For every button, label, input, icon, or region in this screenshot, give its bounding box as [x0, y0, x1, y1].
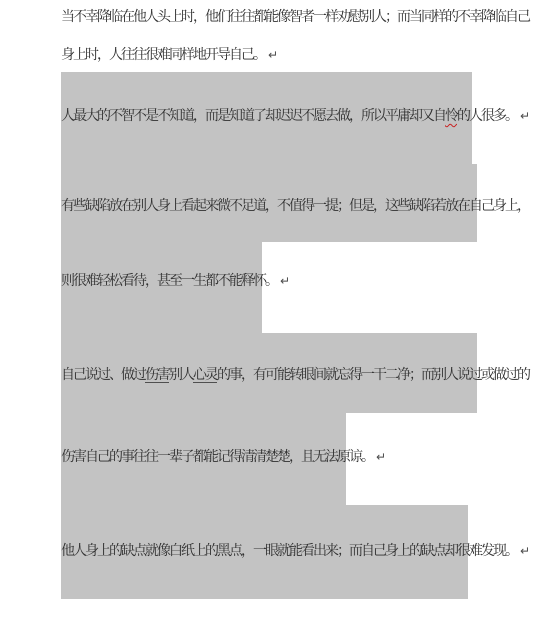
- text-line-6[interactable]: 自己说过、做过伤害别人心灵的事，有可能转眼间就忘得一干二净；而别人说过或做过的: [61, 366, 529, 382]
- underlined-word[interactable]: 心灵: [193, 366, 217, 383]
- return-mark: ↵: [268, 48, 278, 62]
- text-line-8[interactable]: 他人身上的缺点就像白纸上的黑点，一眼就能看出来；而自己身上的缺点却很难发现。↵: [61, 542, 530, 558]
- line-text[interactable]: 的人很多。: [457, 107, 517, 123]
- line-text[interactable]: 身上时，人往往很难同样地开导自己。: [61, 46, 265, 62]
- line-text[interactable]: 的事，有可能转眼间就忘得一干二净；而别人说过或做过的: [217, 366, 529, 382]
- underlined-word[interactable]: 伤害: [145, 366, 169, 383]
- text-line-2[interactable]: 身上时，人往往很难同样地开导自己。↵: [61, 46, 278, 62]
- return-mark: ↵: [520, 109, 530, 123]
- line-text[interactable]: 当不幸降临在他人头上时，他们往往都能像智者一样劝慰别人；而当同样的不幸降临自己: [61, 8, 529, 24]
- line-text[interactable]: 有些缺陷放在别人身上看起来微不足道，不值得一提；但是，这些缺陷若放在自己身上，: [61, 197, 529, 213]
- text-line-5[interactable]: 则很难轻松看待，甚至一生都不能释怀。↵: [61, 272, 290, 288]
- line-text[interactable]: 则很难轻松看待，甚至一生都不能释怀。: [61, 272, 277, 288]
- spellcheck-squiggle[interactable]: 怜: [445, 107, 457, 123]
- text-line-3[interactable]: 人最大的不智不是不知道，而是知道了却迟迟不愿去做，所以平庸却又自怜的人很多。↵: [61, 107, 530, 123]
- line-text[interactable]: 自己说过、做过: [61, 366, 145, 382]
- text-line-1[interactable]: 当不幸降临在他人头上时，他们往往都能像智者一样劝慰别人；而当同样的不幸降临自己: [61, 8, 529, 24]
- return-mark: ↵: [376, 450, 386, 464]
- line-text[interactable]: 别人: [169, 366, 193, 382]
- return-mark: ↵: [280, 274, 290, 288]
- line-text[interactable]: 他人身上的缺点就像白纸上的黑点，一眼就能看出来；而自己身上的缺点却很难发现。: [61, 542, 517, 558]
- document-page: 当不幸降临在他人头上时，他们往往都能像智者一样劝慰别人；而当同样的不幸降临自己 …: [0, 0, 550, 632]
- text-line-4[interactable]: 有些缺陷放在别人身上看起来微不足道，不值得一提；但是，这些缺陷若放在自己身上，: [61, 197, 529, 213]
- return-mark: ↵: [520, 544, 530, 558]
- line-text[interactable]: 人最大的不智不是不知道，而是知道了却迟迟不愿去做，所以平庸却又自: [61, 107, 445, 123]
- line-text[interactable]: 伤害自己的事往往一辈子都能记得清清楚楚，且无法原谅。: [61, 448, 373, 464]
- text-line-7[interactable]: 伤害自己的事往往一辈子都能记得清清楚楚，且无法原谅。↵: [61, 448, 386, 464]
